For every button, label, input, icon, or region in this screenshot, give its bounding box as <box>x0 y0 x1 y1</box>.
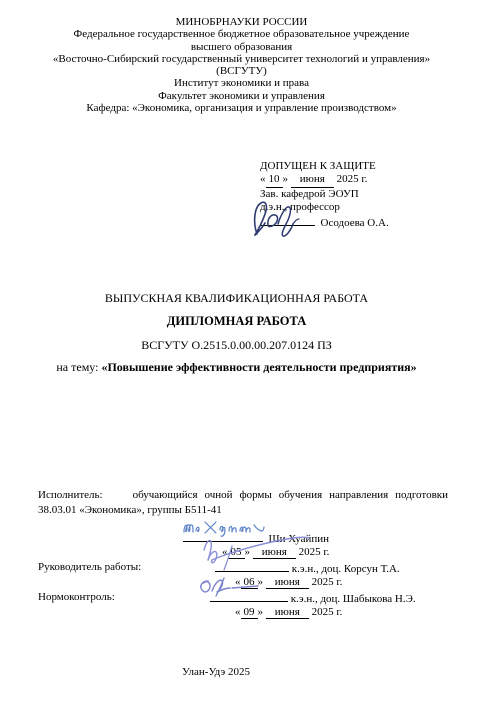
executor-signature-row: Ши Хуайпин <box>183 531 329 545</box>
topic-line: на тему: «Повышение эффективности деятел… <box>0 360 473 375</box>
approval-block: ДОПУЩЕН К ЗАЩИТЕ «10» июня 2025 г. Зав. … <box>260 160 389 230</box>
signature-line <box>210 591 288 602</box>
document-code: ВСГУТУ О.2515.0.00.00.207.0124 ПЗ <box>0 338 473 353</box>
approval-date: «10» июня 2025 г. <box>260 173 389 187</box>
signature-line <box>215 561 289 572</box>
normcontrol-label: Нормоконтроль: <box>38 591 115 603</box>
executor-label: Исполнитель: <box>38 489 103 501</box>
signature-line <box>183 531 263 542</box>
executor-name: Ши Хуайпин <box>269 533 330 545</box>
department-line: Кафедра: «Экономика, организация и управ… <box>0 102 483 114</box>
signature-line <box>260 215 315 226</box>
supervisor-label: Руководитель работы: <box>38 561 141 573</box>
topic-prefix: на тему: <box>56 360 101 374</box>
approver-name: Осодоева О.А. <box>321 217 389 229</box>
institute-line: Институт экономики и права <box>0 77 483 89</box>
executor-paragraph: Исполнитель:обучающийся очной формы обуч… <box>38 488 448 517</box>
executor-line2: 38.03.01 «Экономика», группы Б511-41 <box>38 503 448 518</box>
approver-signature-row: Осодоева О.А. <box>260 215 389 230</box>
normcontrol-name: к.э.н., доц. Шабыкова Н.Э. <box>291 593 416 605</box>
supervisor-name: к.э.н., доц. Корсун Т.А. <box>292 563 400 575</box>
education-level-line: высшего образования <box>0 41 483 53</box>
supervisor-date: «06» июня 2025 г. <box>235 576 342 589</box>
approver-degree: д.э.н., профессор <box>260 201 389 214</box>
executor-date: «05» июня 2025 г. <box>222 546 329 559</box>
ministry-line: МИНОБРНАУКИ РОССИИ <box>0 16 483 28</box>
executor-line1: Исполнитель:обучающийся очной формы обуч… <box>38 488 448 503</box>
executor-description: обучающийся очной формы обучения направл… <box>133 489 448 501</box>
university-abbr-line: (ВСГУТУ) <box>0 65 483 77</box>
diploma-work-title: ДИПЛОМНАЯ РАБОТА <box>0 314 473 329</box>
normcontrol-date: «09» июня 2025 г. <box>235 606 342 619</box>
faculty-line: Факультет экономики и управления <box>0 90 483 102</box>
thesis-title-page: МИНОБРНАУКИ РОССИИ Федеральное государст… <box>0 0 483 723</box>
normcontrol-signature-row: к.э.н., доц. Шабыкова Н.Э. <box>210 591 416 605</box>
university-name-line: «Восточно-Сибирский государственный унив… <box>0 53 483 65</box>
topic-text: «Повышение эффективности деятельности пр… <box>101 360 416 374</box>
qualification-work-title: ВЫПУСКНАЯ КВАЛИФИКАЦИОННАЯ РАБОТА <box>0 291 473 306</box>
approval-title: ДОПУЩЕН К ЗАЩИТЕ <box>260 160 389 173</box>
approver-position: Зав. кафедрой ЭОУП <box>260 188 389 201</box>
institution-type-line: Федеральное государственное бюджетное об… <box>0 28 483 40</box>
city-year: Улан-Удэ 2025 <box>0 666 432 678</box>
university-header: МИНОБРНАУКИ РОССИИ Федеральное государст… <box>0 16 483 114</box>
supervisor-signature-row: к.э.н., доц. Корсун Т.А. <box>215 561 400 575</box>
